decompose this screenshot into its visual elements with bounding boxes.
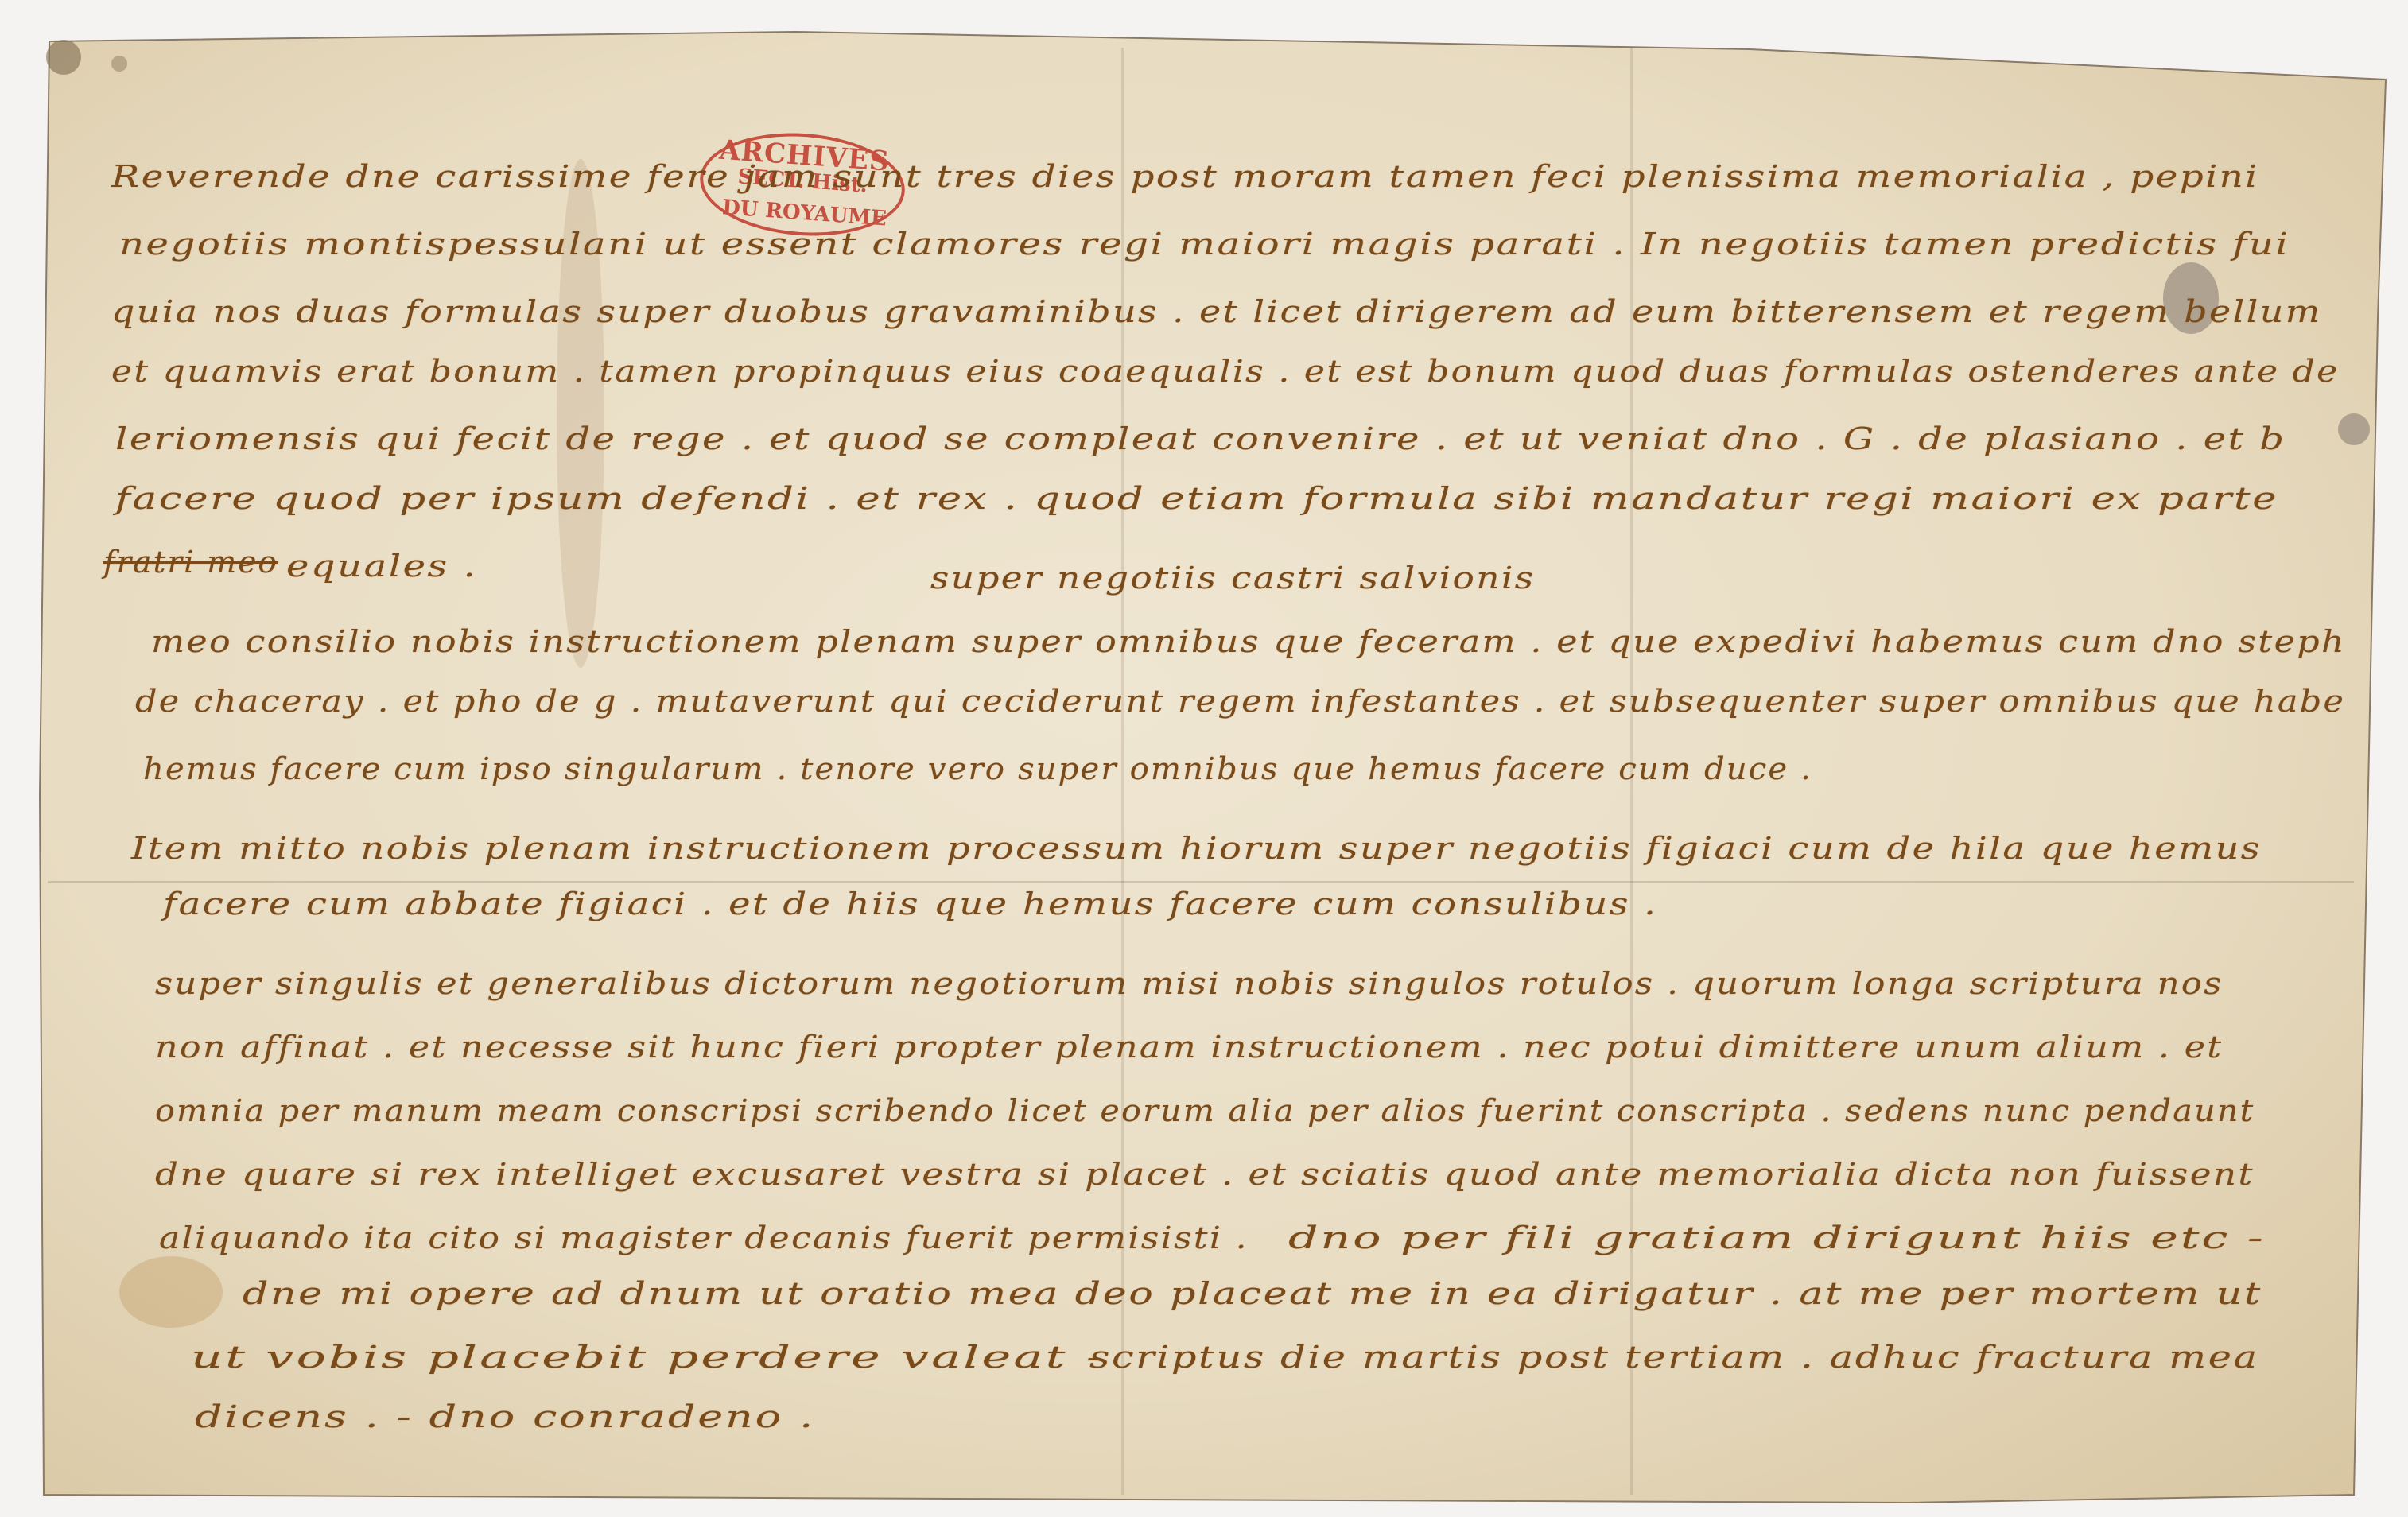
- fold-line: [48, 881, 2354, 883]
- manuscript-line: Item mitto nobis plenam instructionem pr…: [131, 831, 2262, 866]
- manuscript-line: meo consilio nobis instructionem plenam …: [151, 624, 2346, 659]
- manuscript-line: dne mi opere ad dnum ut oratio mea deo p…: [243, 1276, 2262, 1311]
- manuscript-line: facere quod per ipsum defendi . et rex .…: [115, 481, 2278, 516]
- manuscript-line: ut vobis placebit perdere valeat -: [191, 1340, 1105, 1375]
- manuscript-line: super singulis et generalibus dictorum n…: [155, 966, 2223, 1001]
- manuscript-line: aliquando ita cito si magister decanis f…: [159, 1220, 1249, 1255]
- manuscript-line: quia nos duas formulas super duobus grav…: [111, 294, 2322, 329]
- manuscript-line: omnia per manum meam conscripsi scribend…: [155, 1093, 2255, 1128]
- manuscript-line: super negotiis castri salvionis: [930, 561, 1536, 596]
- manuscript-line: Reverende dne carissime fere jam sunt tr…: [111, 159, 2259, 194]
- manuscript-line: non affinat . et necesse sit hunc fieri …: [155, 1030, 2223, 1065]
- manuscript-line: et quamvis erat bonum . tamen propinquus…: [111, 354, 2340, 389]
- manuscript-line: negotiis montispessulani ut essent clamo…: [119, 227, 2290, 262]
- manuscript-line: dicens . - dno conradeno .: [195, 1399, 815, 1434]
- manuscript-line: de chaceray . et pho de g . mutaverunt q…: [135, 684, 2345, 719]
- manuscript-line: hemus facere cum ipso singularum . tenor…: [143, 751, 1812, 786]
- manuscript-line: dno per fili gratiam dirigunt hiis etc -: [1288, 1220, 2266, 1255]
- manuscript-line: dne quare si rex intelliget excusaret ve…: [155, 1157, 2255, 1192]
- manuscript-line: leriomensis qui fecit de rege . et quod …: [115, 421, 2286, 456]
- manuscript-line: facere cum abbate figiaci . et de hiis q…: [163, 887, 1657, 921]
- manuscript-line: scriptus die martis post tertiam . adhuc…: [1089, 1340, 2259, 1375]
- manuscript-line: fratri meo: [103, 545, 278, 580]
- manuscript-line: equales .: [286, 549, 477, 584]
